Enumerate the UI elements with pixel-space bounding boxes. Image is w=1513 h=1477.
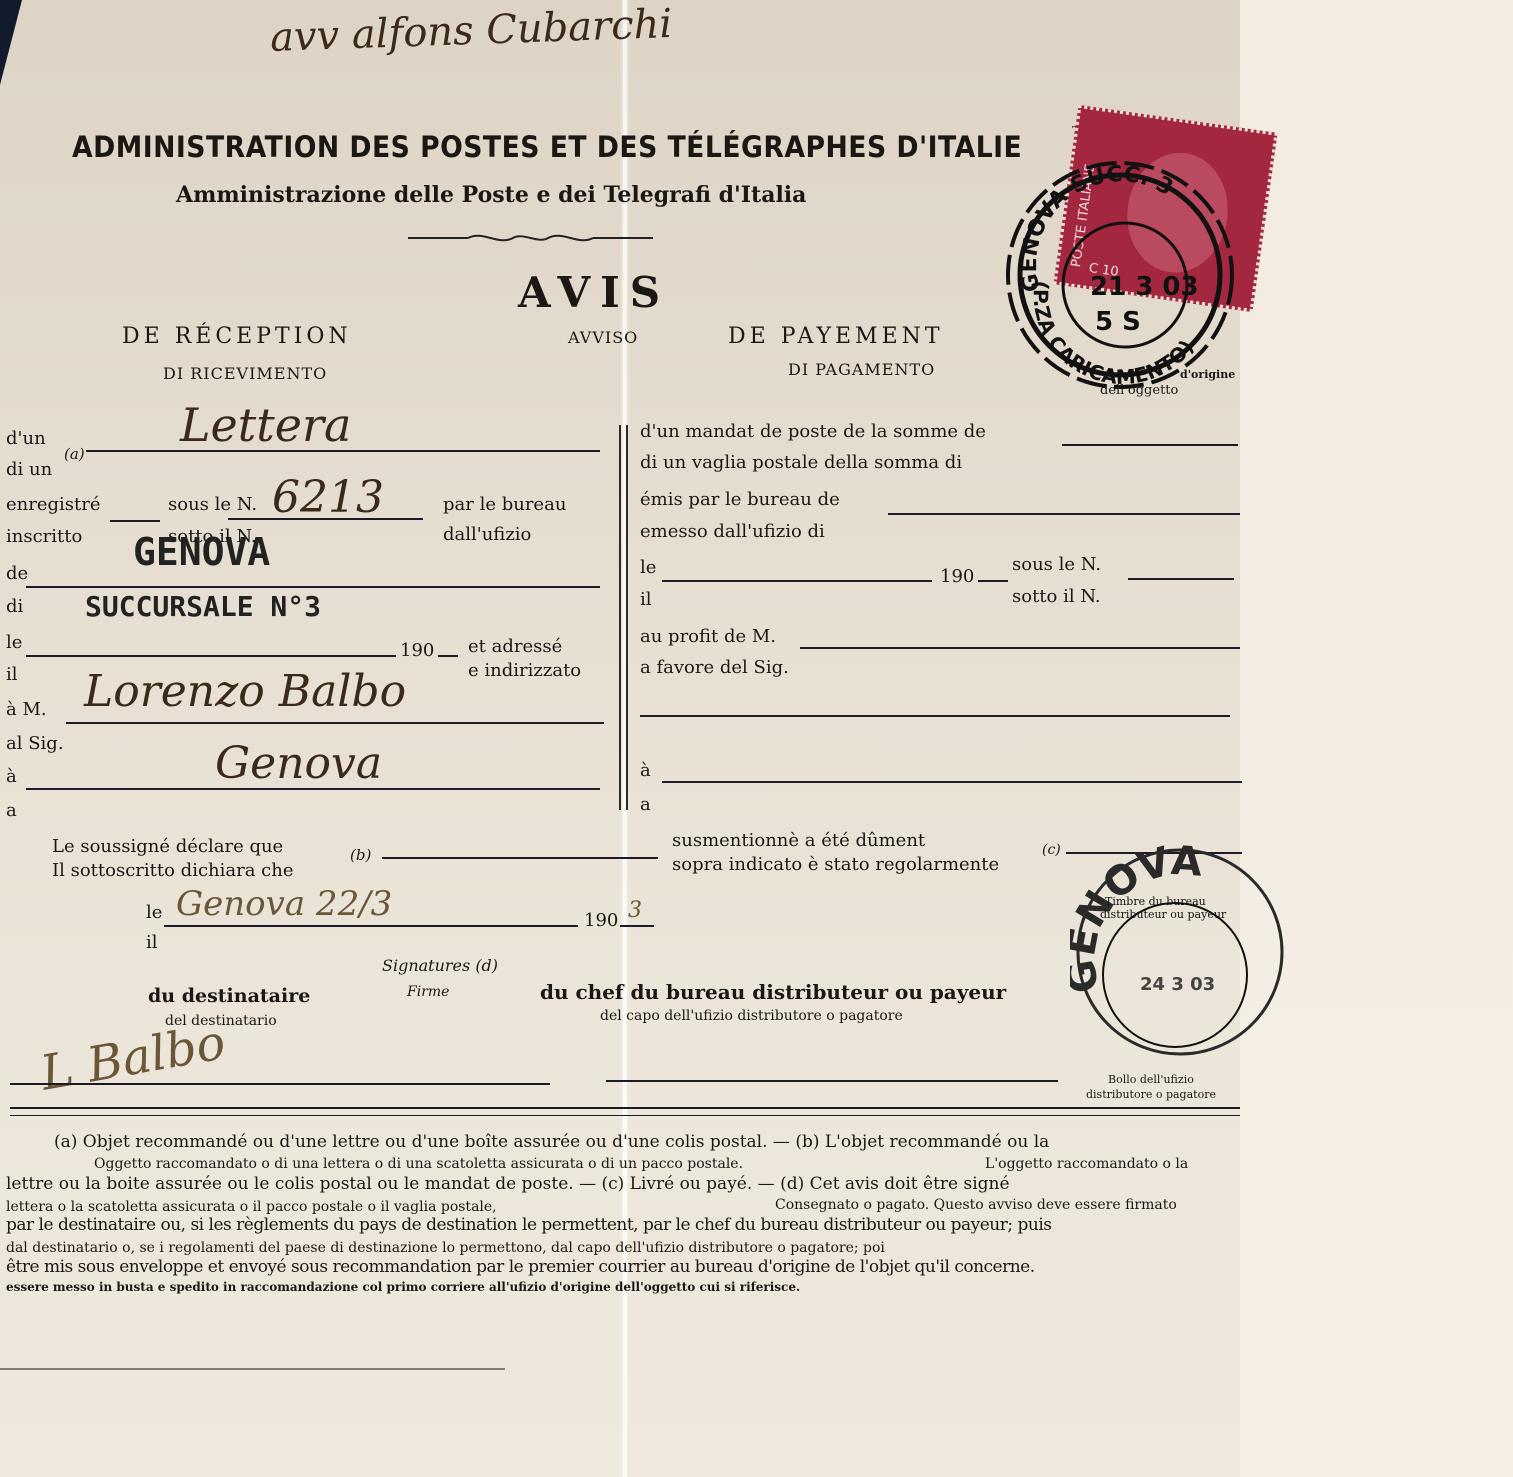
paper-right-margin [1240, 0, 1513, 1477]
label-pay-sotto-il-n: sotto il N. [1012, 586, 1101, 607]
recipient-signature-line[interactable] [10, 1083, 550, 1085]
title-payement: DE PAYEMENT [728, 324, 944, 349]
pay-year-prefix: 190 [940, 566, 974, 587]
label-vaglia-it: di un vaglia postale della somma di [640, 452, 962, 473]
label-dun: d'un [6, 428, 46, 449]
footnote-line-1: (a) Objet recommandé ou d'une lettre ou … [54, 1132, 1049, 1152]
ornament-divider [408, 228, 653, 248]
signatures-title: Signatures (d) [382, 956, 498, 975]
declaration-date-line[interactable] [164, 925, 578, 927]
scan-background-corner [0, 0, 22, 85]
declaration-il: il [146, 932, 158, 953]
label-sous-le-n: sous le N. [168, 494, 257, 515]
footnote-line-7: être mis sous enveloppe et envoyé sous r… [6, 1257, 1035, 1277]
marker-a: (a) [64, 445, 85, 463]
header-italian: Amministrazione delle Poste e dei Telegr… [176, 182, 806, 208]
office-stamp-succursale: SUCCURSALE N°3 [85, 590, 321, 623]
label-dall-ufizio: dall'ufizio [443, 524, 531, 545]
postmark-date: 21 3 03 [1090, 272, 1199, 302]
arrival-postmark-date: 24 3 03 [1140, 974, 1215, 995]
office-field-line[interactable] [26, 586, 600, 588]
title-avviso: AVVISO [568, 328, 638, 347]
footnote-line-4a: lettera o la scatoletta assicurata o il … [6, 1199, 497, 1215]
label-a-fr: à [6, 766, 17, 787]
label-profit-fr: au profit de M. [640, 626, 776, 647]
footnote-rule-bottom [10, 1115, 1240, 1116]
label-pay-il: il [640, 589, 652, 610]
postmark-code: 5 S [1095, 307, 1141, 337]
title-pagamento: DI PAGAMENTO [788, 360, 935, 379]
declaration-year-value: 3 [628, 898, 642, 923]
label-e-indirizzato: e indirizzato [468, 660, 581, 681]
beneficiary-city-line[interactable] [662, 781, 1242, 783]
label-et-adresse: et adressé [468, 636, 562, 657]
label-emesso-it: emesso dall'ufizio di [640, 521, 825, 542]
footnote-line-5: par le destinataire ou, si les règlement… [6, 1215, 1052, 1235]
reg-number-value: 6213 [272, 472, 384, 523]
footnote-line-2b: L'oggetto raccomandato o la [985, 1156, 1188, 1172]
seal-label-top: Timbre du bureau [1105, 895, 1206, 908]
declaration-right-it: sopra indicato è stato regolarmente [672, 854, 999, 875]
footnote-line-3: lettre ou la boite assurée ou le colis p… [6, 1174, 1010, 1194]
label-enregistre: enregistré [6, 494, 101, 515]
label-a-it: a [6, 800, 17, 821]
label-al-sig: al Sig. [6, 733, 64, 754]
city-value: Genova [215, 738, 382, 789]
column-divider-left [619, 425, 621, 810]
date-field-line[interactable] [26, 655, 396, 657]
year-blank-line[interactable] [438, 655, 458, 657]
title-avis: AVIS [518, 268, 670, 317]
recipient-field-line[interactable] [66, 722, 604, 724]
arrival-postmark: GENOVA 24 3 03 Timbre du bureau distribu… [1070, 840, 1290, 1070]
chief-signature-label: du chef du bureau distributeur ou payeur [540, 980, 1006, 1004]
object-value: Lettera [180, 398, 351, 452]
beneficiary-line-2[interactable] [640, 715, 1230, 717]
label-di: di [6, 596, 23, 617]
declaration-right-fr: susmentionnè a été dûment [672, 830, 925, 851]
recipient-value: Lorenzo Balbo [84, 666, 406, 717]
declaration-date-value: Genova 22/3 [176, 884, 392, 924]
label-inscritto: inscritto [6, 526, 82, 547]
label-mandat-fr: d'un mandat de poste de la somme de [640, 421, 986, 442]
label-il: il [6, 664, 18, 685]
cancellation-postmark: GENOVA SUCC. 3 (P.ZA CARICAMENTO) 21 3 0… [1000, 160, 1240, 390]
seal-label-bottom: Bollo dell'ufizio [1108, 1073, 1194, 1086]
declaration-fr: Le soussigné déclare que [52, 836, 283, 857]
seal-label-bottom-2: distributore o pagatore [1086, 1088, 1216, 1101]
office-stamp-genova: GENOVA [133, 530, 270, 574]
pay-year-line[interactable] [978, 580, 1008, 582]
chief-signature-label-it: del capo dell'ufizio distributore o paga… [600, 1008, 903, 1024]
reg-blank-line[interactable] [110, 520, 160, 522]
declaration-it: Il sottoscritto dichiara che [52, 860, 294, 881]
label-pay-a-it: a [640, 794, 651, 815]
footnote-line-2a: Oggetto raccomandato o di una lettera o … [94, 1156, 743, 1172]
bottom-tear-line [0, 1368, 505, 1370]
chief-signature-line[interactable] [606, 1080, 1058, 1082]
label-par-le-bureau: par le bureau [443, 494, 566, 515]
year-prefix: 190 [400, 640, 434, 661]
amount-field-line[interactable] [1062, 444, 1238, 446]
issuing-office-line[interactable] [888, 513, 1240, 515]
label-pay-le: le [640, 557, 656, 578]
label-de: de [6, 563, 28, 584]
footnote-line-8: essere messo in busta e spedito in racco… [6, 1280, 800, 1294]
footnote-rule-top [10, 1107, 1240, 1109]
recipient-signature-label: du destinataire [148, 985, 310, 1007]
label-favore-it: a favore del Sig. [640, 657, 789, 678]
firme-title: Firme [407, 984, 449, 1000]
seal-label-top-2: distributeur ou payeur [1100, 908, 1227, 921]
title-ricevimento: DI RICEVIMENTO [163, 364, 327, 383]
footnote-line-6: dal destinatario o, se i regolamenti del… [6, 1240, 885, 1256]
declaration-year-prefix: 190 [584, 910, 618, 931]
marker-c: (c) [1042, 842, 1061, 858]
declaration-object-line[interactable] [382, 857, 658, 859]
label-di-un: di un [6, 459, 52, 480]
label-emis-fr: émis par le bureau de [640, 489, 840, 510]
pay-date-line[interactable] [662, 580, 932, 582]
pay-number-line[interactable] [1128, 578, 1234, 580]
header-french: ADMINISTRATION DES POSTES ET DES TÉLÉGRA… [72, 130, 1022, 164]
column-divider-right [626, 425, 628, 810]
label-le: le [6, 632, 22, 653]
beneficiary-line[interactable] [800, 647, 1240, 649]
label-pay-sous-le-n: sous le N. [1012, 554, 1101, 575]
marker-b: (b) [350, 846, 371, 864]
title-reception: DE RÉCEPTION [122, 324, 352, 349]
footnote-line-4b: Consegnato o pagato. Questo avviso deve … [775, 1197, 1177, 1213]
declaration-year-line[interactable] [620, 925, 654, 927]
label-a-m: à M. [6, 699, 47, 720]
declaration-le: le [146, 902, 162, 923]
label-pay-a-fr: à [640, 760, 651, 781]
